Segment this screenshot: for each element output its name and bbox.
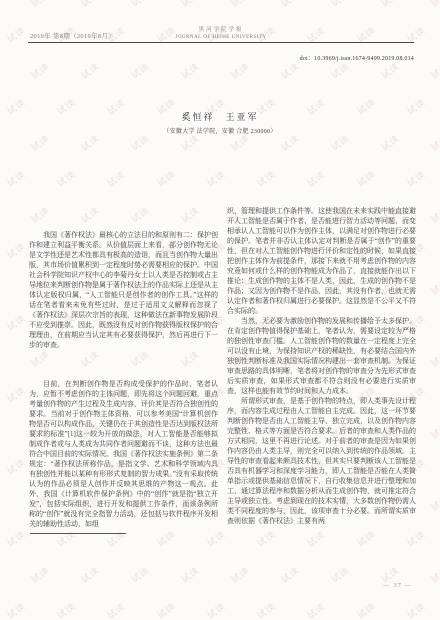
watermark-text: 试读 (228, 563, 252, 585)
watermark-text: 试读 (254, 527, 278, 549)
watermark-text: 试读 (4, 383, 28, 405)
watermark-text: 试读 (104, 167, 128, 189)
paragraph: 我国《著作权法》最核心的立法目的和原则有二：保护创作和建立利益平衡关系。从价值层… (29, 230, 218, 350)
watermark-text: 试读 (354, 527, 378, 549)
watermark-text: 试读 (178, 203, 202, 225)
watermark-text: 试读 (254, 599, 278, 620)
watermark-text: 试读 (228, 0, 252, 10)
watermark-text: 试读 (0, 491, 2, 513)
author-affiliation: （安徽大学 法学院，安徽 合肥 230000） (0, 126, 440, 135)
watermark-text: 试读 (0, 347, 2, 369)
watermark-text: 试读 (28, 0, 52, 10)
doi-text: doi：10.3969/j.issn.1674-9499.2019.08.014 (300, 53, 414, 62)
watermark-text: 试读 (304, 167, 328, 189)
watermark-text: 试读 (4, 599, 28, 620)
watermark-text: 试读 (228, 59, 252, 81)
watermark-text: 试读 (4, 455, 28, 477)
watermark-text: 试读 (378, 0, 402, 10)
body-column-right: 织，管理和提供工作条件等。这使我国在未来实践中能直接避开人工智能是否属于作者、是… (227, 206, 416, 526)
watermark-text: 试读 (428, 419, 440, 441)
watermark-text: 试读 (4, 527, 28, 549)
paragraph: 当然，无必要为激励创作物的发展和传播给予太多保护。在肯定创作物值得保护基础上，笔… (227, 316, 416, 396)
watermark-text: 试读 (128, 563, 152, 585)
watermark-text: 试读 (4, 239, 28, 261)
author-names: 奚恒祥 王亚军 (0, 110, 440, 123)
paragraph: 目前，在判断创作物是否构成受保护的作品时，笔者认为，应暂不考虑创作的主体问题，即… (29, 379, 218, 529)
watermark-text: 试读 (428, 59, 440, 81)
watermark-text: 试读 (304, 527, 328, 549)
watermark-text: 试读 (78, 0, 102, 10)
watermark-text: 试读 (154, 599, 178, 620)
journal-title: 黑河学院学报 JOURNAL OF HEIHE UNIVERSITY (28, 27, 414, 41)
watermark-text: 试读 (128, 0, 152, 10)
watermark-text: 试读 (378, 59, 402, 81)
watermark-text: 试读 (154, 527, 178, 549)
watermark-text: 试读 (28, 59, 52, 81)
watermark-text: 试读 (154, 167, 178, 189)
watermark-text: 试读 (428, 491, 440, 513)
watermark-text: 试读 (0, 59, 2, 81)
watermark-text: 试读 (54, 527, 78, 549)
watermark-text: 试读 (278, 563, 302, 585)
watermark-text: 试读 (328, 563, 352, 585)
watermark-text: 试读 (128, 59, 152, 81)
journal-page: 试读试读试读试读试读试读试读试读试读试读试读试读试读试读试读试读试读试读试读试读… (0, 0, 440, 620)
journal-title-en: JOURNAL OF HEIHE UNIVERSITY (28, 34, 414, 41)
watermark-text: 试读 (128, 203, 152, 225)
watermark-text: 试读 (0, 275, 2, 297)
watermark-text: 试读 (78, 59, 102, 81)
paragraph: 所谓形式审查，是基于创作物的特点，即人类事先设计程序，而内容生成过程由人工智能自… (227, 396, 416, 526)
journal-title-cn: 黑河学院学报 (28, 27, 414, 34)
watermark-text: 试读 (428, 203, 440, 225)
watermark-text: 试读 (104, 527, 128, 549)
watermark-text: 试读 (254, 167, 278, 189)
watermark-text: 试读 (28, 203, 52, 225)
watermark-text: 试读 (178, 563, 202, 585)
watermark-text: 试读 (328, 0, 352, 10)
watermark-text: 试读 (0, 419, 2, 441)
watermark-text: 试读 (204, 167, 228, 189)
watermark-text: 试读 (428, 563, 440, 585)
watermark-text: 试读 (354, 599, 378, 620)
watermark-text: 试读 (204, 599, 228, 620)
watermark-text: 试读 (0, 0, 2, 10)
watermark-text: 试读 (28, 563, 52, 585)
watermark-text: 试读 (78, 203, 102, 225)
watermark-text: 试读 (0, 203, 2, 225)
watermark-text: 试读 (304, 599, 328, 620)
watermark-text: 试读 (354, 167, 378, 189)
paragraph-continuation: 织，管理和提供工作条件等。这使我国在未来实践中能直接避开人工智能是否属于作者、是… (227, 206, 416, 316)
watermark-text: 试读 (278, 59, 302, 81)
watermark-text: 试读 (428, 347, 440, 369)
body-column-left: 我国《著作权法》最核心的立法目的和原则有二：保护创作和建立利益平衡关系。从价值层… (29, 230, 218, 529)
watermark-text: 试读 (328, 59, 352, 81)
watermark-text: 试读 (78, 563, 102, 585)
watermark-text: 试读 (0, 563, 2, 585)
watermark-text: 试读 (54, 167, 78, 189)
watermark-text: 试读 (404, 167, 428, 189)
watermark-text: 试读 (428, 275, 440, 297)
footnote-divider (30, 533, 126, 534)
watermark-text: 试读 (4, 167, 28, 189)
page-number: — 37 — (383, 582, 412, 589)
watermark-text: 试读 (104, 599, 128, 620)
page-header: 2019年 第8期（2019年8月） 黑河学院学报 JOURNAL OF HEI… (28, 22, 414, 42)
watermark-text: 试读 (178, 59, 202, 81)
header-divider (28, 42, 414, 43)
watermark-text: 试读 (404, 599, 428, 620)
watermark-text: 试读 (204, 527, 228, 549)
watermark-text: 试读 (4, 23, 28, 45)
watermark-text: 试读 (404, 527, 428, 549)
watermark-text: 试读 (428, 0, 440, 10)
watermark-text: 试读 (4, 311, 28, 333)
watermark-text: 试读 (54, 599, 78, 620)
watermark-text: 试读 (278, 0, 302, 10)
watermark-text: 试读 (178, 0, 202, 10)
